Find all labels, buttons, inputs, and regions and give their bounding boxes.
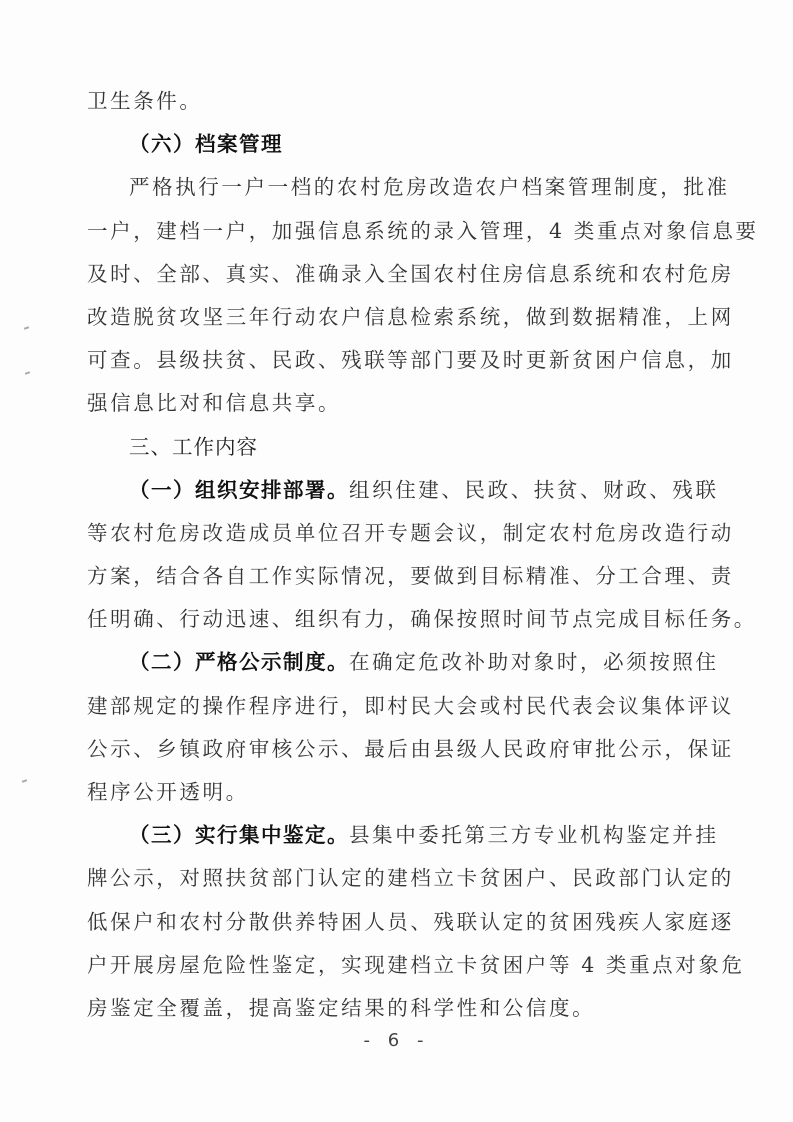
line-text: 牌公示，对照扶贫部门认定的建档立卡贫困户、民政部门认定的 bbox=[87, 866, 734, 890]
text-line: 程序公开透明。 bbox=[87, 771, 705, 814]
document-page: 卫生条件。 （六）档案管理 严格执行一户一档的农村危房改造农户档案管理制度，批准… bbox=[0, 0, 793, 1122]
line-text: 卫生条件。 bbox=[87, 89, 203, 113]
line-text: 在确定危改补助对象时，必须按照住 bbox=[349, 650, 719, 674]
text-line: 房鉴定全覆盖，提高鉴定结果的科学性和公信度。 bbox=[87, 987, 705, 1030]
line-text: 户开展房屋危险性鉴定，实现建档立卡贫困户等 4 类重点对象危 bbox=[87, 953, 745, 977]
paragraph-start: 严格执行一户一档的农村危房改造农户档案管理制度，批准 bbox=[87, 166, 705, 209]
line-text: 强信息比对和信息共享。 bbox=[87, 391, 341, 415]
page-number: - 6 - bbox=[0, 1030, 793, 1051]
scan-speck bbox=[25, 371, 30, 375]
line-text: 县集中委托第三方专业机构鉴定并挂 bbox=[349, 823, 719, 847]
inline-heading: （一）组织安排部署。 bbox=[129, 478, 349, 502]
line-text: 低保户和农村分散供养特困人员、残联认定的贫困残疾人家庭逐 bbox=[87, 910, 734, 934]
line-text: 房鉴定全覆盖，提高鉴定结果的科学性和公信度。 bbox=[87, 996, 595, 1020]
text-line: 及时、全部、真实、准确录入全国农村住房信息系统和农村危房 bbox=[87, 253, 705, 296]
line-text: 组织住建、民政、扶贫、财政、残联 bbox=[349, 478, 719, 502]
text-line: 卫生条件。 bbox=[87, 80, 705, 123]
paragraph-start: （一）组织安排部署。组织住建、民政、扶贫、财政、残联 bbox=[87, 469, 705, 512]
line-text: 改造脱贫攻坚三年行动农户信息检索系统，做到数据精准，上网 bbox=[87, 305, 734, 329]
line-text: 公示、乡镇政府审核公示、最后由县级人民政府审批公示，保证 bbox=[87, 737, 734, 761]
text-line: 等农村危房改造成员单位召开专题会议，制定农村危房改造行动 bbox=[87, 512, 705, 555]
text-line: 强信息比对和信息共享。 bbox=[87, 382, 705, 425]
heading-text: （六）档案管理 bbox=[129, 132, 283, 156]
line-text: 程序公开透明。 bbox=[87, 780, 249, 804]
line-text: 及时、全部、真实、准确录入全国农村住房信息系统和农村危房 bbox=[87, 262, 734, 286]
line-text: 严格执行一户一档的农村危房改造农户档案管理制度，批准 bbox=[129, 175, 730, 199]
paragraph-start: （二）严格公示制度。在确定危改补助对象时，必须按照住 bbox=[87, 641, 705, 684]
text-line: 任明确、行动迅速、组织有力，确保按照时间节点完成目标任务。 bbox=[87, 598, 705, 641]
scan-speck bbox=[24, 326, 29, 330]
text-line: 牌公示，对照扶贫部门认定的建档立卡贫困户、民政部门认定的 bbox=[87, 857, 705, 900]
line-text: 方案，结合各自工作实际情况，要做到目标精准、分工合理、责 bbox=[87, 564, 734, 588]
line-text: 建部规定的操作程序进行，即村民大会或村民代表会议集体评议 bbox=[87, 694, 734, 718]
text-line: 建部规定的操作程序进行，即村民大会或村民代表会议集体评议 bbox=[87, 685, 705, 728]
text-line: 低保户和农村分散供养特困人员、残联认定的贫困残疾人家庭逐 bbox=[87, 901, 705, 944]
inline-heading: （三）实行集中鉴定。 bbox=[129, 823, 349, 847]
section-heading-text: 三、工作内容 bbox=[129, 435, 258, 459]
text-line: 一户，建档一户，加强信息系统的录入管理，4 类重点对象信息要 bbox=[87, 210, 705, 253]
text-line: 公示、乡镇政府审核公示、最后由县级人民政府审批公示，保证 bbox=[87, 728, 705, 771]
line-text: 任明确、行动迅速、组织有力，确保按照时间节点完成目标任务。 bbox=[87, 607, 757, 631]
body-text: 卫生条件。 （六）档案管理 严格执行一户一档的农村危房改造农户档案管理制度，批准… bbox=[87, 80, 705, 1030]
line-text: 一户，建档一户，加强信息系统的录入管理，4 类重点对象信息要 bbox=[87, 219, 759, 243]
text-line: 方案，结合各自工作实际情况，要做到目标精准、分工合理、责 bbox=[87, 555, 705, 598]
line-text: 可查。县级扶贫、民政、残联等部门要及时更新贫困户信息，加 bbox=[87, 348, 734, 372]
section-heading-work-content: 三、工作内容 bbox=[87, 426, 705, 469]
inline-heading: （二）严格公示制度。 bbox=[129, 650, 349, 674]
text-line: 改造脱贫攻坚三年行动农户信息检索系统，做到数据精准，上网 bbox=[87, 296, 705, 339]
text-line: 户开展房屋危险性鉴定，实现建档立卡贫困户等 4 类重点对象危 bbox=[87, 944, 705, 987]
scan-speck bbox=[22, 779, 27, 783]
paragraph-start: （三）实行集中鉴定。县集中委托第三方专业机构鉴定并挂 bbox=[87, 814, 705, 857]
subsection-heading-archive: （六）档案管理 bbox=[87, 123, 705, 166]
line-text: 等农村危房改造成员单位召开专题会议，制定农村危房改造行动 bbox=[87, 521, 734, 545]
text-line: 可查。县级扶贫、民政、残联等部门要及时更新贫困户信息，加 bbox=[87, 339, 705, 382]
